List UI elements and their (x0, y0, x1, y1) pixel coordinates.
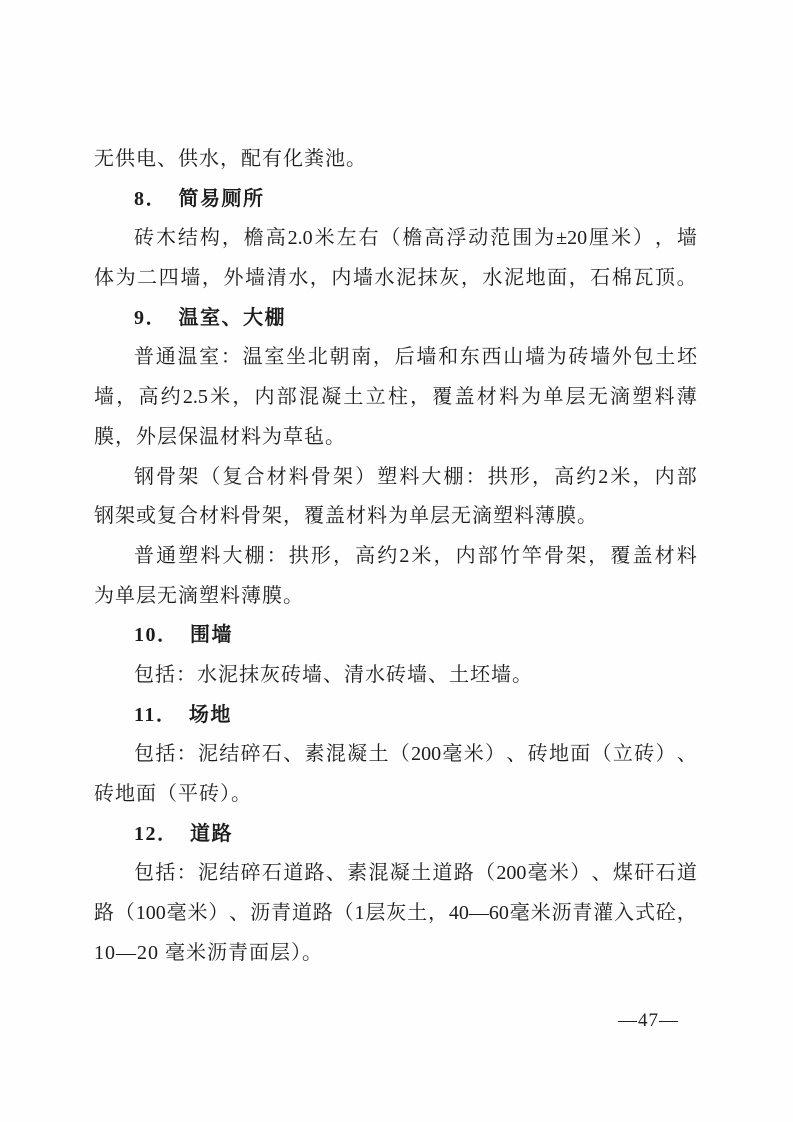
section-heading-9: 9． 温室、大棚 (94, 299, 697, 339)
document-body: 无供电、供水，配有化粪池。8． 简易厕所砖木结构，檐高2.0米左右（檐高浮动范围… (94, 140, 697, 973)
section-10-line-1: 包括：水泥抹灰砖墙、清水砖墙、土坯墙。 (94, 656, 697, 696)
document-page: 无供电、供水，配有化粪池。8． 简易厕所砖木结构，檐高2.0米左右（檐高浮动范围… (0, 0, 793, 1122)
section-12-line-2: 路（100毫米）、沥青道路（1层灰土，40—60毫米沥青灌入式砼， (94, 894, 697, 934)
section-11-line-2: 砖地面（平砖）。 (94, 775, 697, 815)
section-9-line-5: 钢架或复合材料骨架，覆盖材料为单层无滴塑料薄膜。 (94, 497, 697, 537)
section-8-line-1: 砖木结构，檐高2.0米左右（檐高浮动范围为±20厘米），墙 (94, 219, 697, 259)
section-9-line-2: 墙，高约2.5米，内部混凝土立柱，覆盖材料为单层无滴塑料薄 (94, 378, 697, 418)
section-9-line-6: 普通塑料大棚：拱形，高约2米，内部竹竿骨架，覆盖材料 (94, 537, 697, 577)
paragraph-continuation: 无供电、供水，配有化粪池。 (94, 140, 697, 180)
section-9-line-1: 普通温室：温室坐北朝南，后墙和东西山墙为砖墙外包土坯 (94, 338, 697, 378)
section-heading-11: 11． 场地 (94, 696, 697, 736)
section-11-line-1: 包括：泥结碎石、素混凝土（200毫米）、砖地面（立砖）、 (94, 735, 697, 775)
page-number: —47— (618, 1010, 679, 1032)
section-9-line-7: 为单层无滴塑料薄膜。 (94, 577, 697, 617)
section-heading-10: 10． 围墙 (94, 616, 697, 656)
section-12-line-1: 包括：泥结碎石道路、素混凝土道路（200毫米）、煤矸石道 (94, 854, 697, 894)
section-heading-12: 12． 道路 (94, 815, 697, 855)
section-9-line-4: 钢骨架（复合材料骨架）塑料大棚：拱形，高约2米，内部 (94, 458, 697, 498)
section-9-line-3: 膜，外层保温材料为草毡。 (94, 418, 697, 458)
section-heading-8: 8． 简易厕所 (94, 180, 697, 220)
section-12-line-3: 10—20 毫米沥青面层）。 (94, 934, 697, 974)
section-8-line-2: 体为二四墙，外墙清水，内墙水泥抹灰，水泥地面，石棉瓦顶。 (94, 259, 697, 299)
